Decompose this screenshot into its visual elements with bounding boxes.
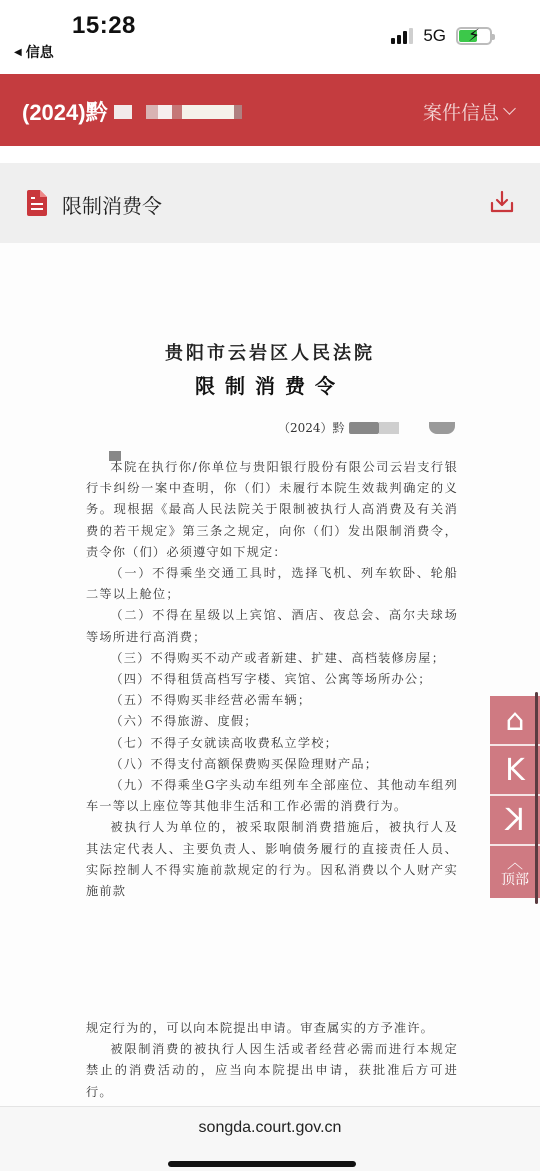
case-number-prefix: (2024)黔 [22,96,108,127]
browser-url-bar[interactable]: songda.court.gov.cn [0,1106,540,1171]
paragraph: 被执行人为单位的，被采取限制消费措施后，被执行人及其法定代表人、主要负责人、影响… [86,817,458,902]
battery-charging-icon: ⚡ [456,27,492,45]
network-type: 5G [423,26,446,46]
case-number: (2024)黔 [22,96,242,127]
previous-page-button[interactable]: K [490,746,540,796]
spacer [0,146,540,163]
home-button[interactable]: ⌂ [490,696,540,746]
paragraph: 被限制消费的被执行人因生活或者经营必需而进行本规定禁止的消费活动的，应当向本院提… [86,1039,458,1103]
paragraph: （三）不得购买不动产或者新建、扩建、高档装修房屋； [86,648,458,669]
home-indicator[interactable] [168,1161,356,1167]
document-body: 本院在执行你/你单位与贵阳银行股份有限公司云岩支行银行卡纠纷一案中查明，你（们）… [86,457,458,902]
document-heading: 限制消费令 [0,370,540,399]
back-to-top-label: 顶部 [501,869,529,889]
paragraph: （五）不得购买非经营必需车辆； [86,690,458,711]
case-info-dropdown[interactable]: 案件信息 [423,98,514,125]
redacted-reference-3 [429,422,455,434]
case-header: (2024)黔 案件信息 [0,74,540,146]
chevron-down-icon [503,102,516,115]
url-text: songda.court.gov.cn [0,1119,540,1137]
home-icon: ⌂ [505,703,524,738]
status-bar: 15:28 ◀ 信息 5G ⚡ [0,0,540,74]
paragraph: 规定行为的，可以向本院提出申请。审查属实的方予准许。 [86,1018,458,1039]
document-viewer[interactable]: 贵阳市云岩区人民法院 限制消费令 （2024）黔 本院在执行你/你单位与贵阳银行… [0,243,540,1108]
document-bar: 限制消费令 [0,163,540,243]
next-page-button[interactable]: K [490,796,540,846]
clock: 15:28 [72,12,136,40]
scrollbar[interactable] [535,692,538,904]
case-info-label: 案件信息 [423,98,499,125]
back-label: 信息 [26,42,54,62]
paragraph: （九）不得乘坐G字头动车组列车全部座位、其他动车组列车一等以上座位等其他非生活和… [86,775,458,817]
redacted-reference [349,422,379,434]
download-icon[interactable] [490,190,514,214]
caret-up-icon: ︿ [507,857,523,869]
paragraph: （二）不得在星级以上宾馆、酒店、夜总会、高尔夫球场等场所进行高消费； [86,605,458,647]
signal-strength-icon [391,28,413,44]
file-icon [27,190,47,216]
next-icon: K [505,803,525,838]
reference-prefix: （2024）黔 [278,419,345,436]
status-indicators: 5G ⚡ [391,26,492,46]
floating-page-nav: ⌂ K K ︿ 顶部 [490,696,540,898]
redacted-reference-2 [379,422,399,434]
paragraph: （一）不得乘坐交通工具时，选择飞机、列车软卧、轮船二等以上舱位； [86,563,458,605]
redacted-case-number [114,105,242,119]
paragraph: （七）不得子女就读高收费私立学校； [86,733,458,754]
back-to-top-button[interactable]: ︿ 顶部 [490,846,540,898]
previous-icon: K [505,753,525,788]
document-reference: （2024）黔 [278,419,455,436]
document-title: 限制消费令 [62,190,162,219]
back-to-messages-link[interactable]: ◀ 信息 [14,42,54,62]
paragraph: （四）不得租赁高档写字楼、宾馆、公寓等场所办公； [86,669,458,690]
paragraph: （八）不得支付高额保费购买保险理财产品； [86,754,458,775]
paragraph: 本院在执行你/你单位与贵阳银行股份有限公司云岩支行银行卡纠纷一案中查明，你（们）… [86,457,458,563]
back-triangle-icon: ◀ [14,47,22,58]
court-name: 贵阳市云岩区人民法院 [0,339,540,365]
paragraph: （六）不得旅游、度假； [86,711,458,732]
